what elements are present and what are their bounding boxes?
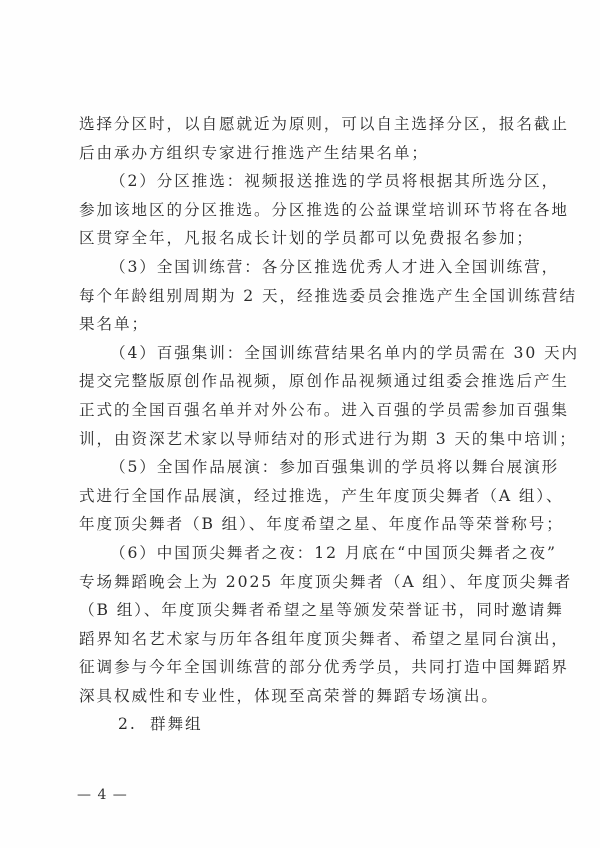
item-4-top-hundred-training: （4）百强集训：全国训练营结果名单内的学员需在 30 天内 bbox=[79, 339, 523, 368]
text-line: 区贯穿全年，凡报名成长计划的学员都可以免费报名参加； bbox=[79, 224, 523, 253]
section-number: 2. bbox=[118, 710, 150, 739]
page-number: — 4 — bbox=[77, 787, 128, 803]
text-line: 年度顶尖舞者（B 组）、年度希望之星、年度作品等荣誉称号； bbox=[79, 510, 523, 539]
text-line: 深具权威性和专业性，体现至高荣誉的舞蹈专场演出。 bbox=[79, 682, 523, 711]
section-heading: 2.群舞组 bbox=[79, 710, 523, 739]
text-line: 式进行全国作品展演，经过推选，产生年度顶尖舞者（A 组）、 bbox=[79, 482, 523, 511]
text-line: 果名单； bbox=[79, 310, 523, 339]
text-line: 参加该地区的分区推选。分区推选的公益课堂培训环节将在各地 bbox=[79, 196, 523, 225]
item-5-national-showcase: （5）全国作品展演：参加百强集训的学员将以舞台展演形 bbox=[79, 453, 523, 482]
text-line: （B 组）、年度顶尖舞者希望之星等颁发荣誉证书，同时邀请舞 bbox=[79, 596, 523, 625]
text-line: 选择分区时，以自愿就近为原则，可以自主选择分区，报名截止 bbox=[79, 110, 523, 139]
text-line: 正式的全国百强名单并对外公布。进入百强的学员需参加百强集 bbox=[79, 396, 523, 425]
text-line: 每个年龄组别周期为 2 天，经推选委员会推选产生全国训练营结 bbox=[79, 282, 523, 311]
text-line: 征调参与今年全国训练营的部分优秀学员，共同打造中国舞蹈界 bbox=[79, 653, 523, 682]
item-3-national-camp: （3）全国训练营：各分区推选优秀人才进入全国训练营， bbox=[79, 253, 523, 282]
item-6-top-dancer-night: （6）中国顶尖舞者之夜：12 月底在“中国顶尖舞者之夜” bbox=[79, 539, 523, 568]
text-line: 后由承办方组织专家进行推选产生结果名单； bbox=[79, 139, 523, 168]
text-line: 训，由资深艺术家以导师结对的形式进行为期 3 天的集中培训； bbox=[79, 425, 523, 454]
text-line: 提交完整版原创作品视频，原创作品视频通过组委会推选后产生 bbox=[79, 367, 523, 396]
text-line: 蹈界知名艺术家与历年各组年度顶尖舞者、希望之星同台演出， bbox=[79, 625, 523, 654]
text-line: 专场舞蹈晚会上为 2025 年度顶尖舞者（A 组）、年度顶尖舞者 bbox=[79, 568, 523, 597]
document-page: 选择分区时，以自愿就近为原则，可以自主选择分区，报名截止 后由承办方组织专家进行… bbox=[0, 0, 600, 848]
section-title: 群舞组 bbox=[150, 715, 202, 733]
document-body: 选择分区时，以自愿就近为原则，可以自主选择分区，报名截止 后由承办方组织专家进行… bbox=[79, 110, 523, 739]
item-2-partition-selection: （2）分区推选：视频报送推选的学员将根据其所选分区， bbox=[79, 167, 523, 196]
